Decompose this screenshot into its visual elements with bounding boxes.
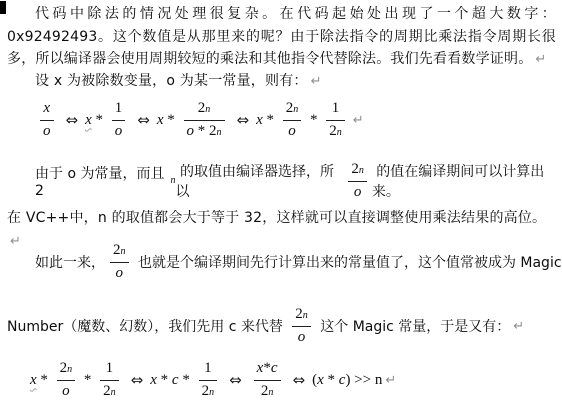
math-variable: o: [187, 123, 195, 140]
math-variable: o: [115, 123, 123, 140]
math-variable: o: [288, 123, 296, 140]
fraction-bar: [199, 380, 218, 381]
text-run: 的取值由编译器选择，所以: [176, 161, 344, 201]
math-operand: 2: [261, 383, 269, 400]
superscript-n: n: [293, 105, 298, 115]
text-run: 由于 o 为常量，而且 2: [35, 163, 171, 199]
superscript-n: n: [217, 128, 222, 138]
math-variable: c: [271, 360, 278, 377]
fraction-bar: [100, 380, 119, 381]
fraction: 2no * 2n: [184, 100, 225, 140]
superscript-n: n: [205, 105, 210, 115]
text-run: 也就是个编译期间先行计算出来的常量值了，这个值常被成为 Magic: [134, 252, 562, 272]
paragraph-constant-line1: 由于 o 为常量，而且 2n 的取值由编译器选择，所以 2no 的值在编译期间可…: [35, 157, 562, 205]
math-operand: 2: [202, 383, 210, 400]
fraction: 2no: [292, 306, 311, 346]
paragraph-setup: 设 x 为被除数变量，o 为某一常量，则有：↵: [7, 70, 556, 94]
math-variable: o: [116, 265, 124, 282]
paragraph-mark-icon: ↵: [513, 319, 524, 334]
math-variable: c: [172, 372, 179, 389]
text-run: 设 x 为被除数变量，o 为某一常量，则有：: [35, 73, 308, 89]
text-run: 在 VC++中，n 的取值都会大于等于 32，这样就可以直接调整使用乘法结果的高…: [7, 210, 546, 226]
superscript-n: n: [209, 388, 214, 398]
math-variable: x: [85, 112, 92, 129]
text-run: 这个 Magic 常量，于是又有：: [316, 316, 511, 336]
math-operand: ) >> n: [345, 372, 382, 389]
math-operand: *: [164, 112, 179, 129]
paragraph-intro: 代码中除法的情况处理很复杂。在代码起始处出现了一个超大数字：0x92492493…: [7, 3, 556, 72]
math-operand: *: [92, 112, 107, 129]
math-operand: *: [263, 112, 278, 129]
paragraph-mark-icon: ↵: [311, 74, 322, 89]
math-operand: 1: [204, 360, 212, 377]
fraction: 2no: [57, 360, 76, 400]
math-operand: 2: [329, 123, 337, 140]
math-variable: x: [257, 360, 264, 377]
paragraph-magic-line1: 如此一来，2no 也就是个编译期间先行计算出来的常量值了，这个值常被成为 Mag…: [35, 238, 562, 286]
superscript-n: n: [303, 311, 308, 321]
fraction: 12n: [199, 360, 218, 400]
fraction: 2no: [283, 100, 302, 140]
math-operand: 2: [60, 360, 68, 377]
fraction: x*c2n: [254, 360, 281, 400]
paragraph-mark-icon: ↵: [385, 373, 396, 388]
fraction: 2no: [110, 242, 129, 282]
superscript-n: n: [121, 247, 126, 257]
equivalence-arrow-icon: ⇔: [66, 111, 79, 129]
math-variable: o: [62, 383, 70, 400]
formula-magic-shift: x * 2no * 12n⇔x * c * 12n⇔x*c2n⇔(x * c) …: [30, 356, 396, 404]
math-operand: *: [263, 360, 271, 377]
fraction: 12n: [100, 360, 119, 400]
cropped-table-handle-artifact: [0, 1, 6, 14]
paragraph-magic-line2: Number（魔数、幻数），我们先用 c 来代替 2no 这个 Magic 常量…: [7, 302, 524, 350]
superscript-n: n: [67, 365, 72, 375]
fraction: 1o: [112, 100, 126, 140]
math-operand: *: [80, 372, 95, 389]
math-operand: 2: [295, 306, 303, 323]
math-variable: c: [339, 372, 346, 389]
fraction: xo: [40, 100, 54, 140]
fraction-bar: [57, 380, 76, 381]
math-variable: x: [317, 372, 324, 389]
superscript-n: n: [359, 166, 364, 176]
superscript-n: n: [111, 388, 116, 398]
math-variable: x: [150, 372, 157, 389]
math-operand: *: [306, 112, 321, 129]
fraction-bar: [184, 120, 225, 121]
math-operand: 2: [286, 100, 294, 117]
fraction: 2no: [348, 161, 367, 201]
paragraph-mark-icon: ↵: [535, 52, 546, 67]
math-operand: 2: [351, 161, 359, 178]
fraction-bar: [254, 380, 281, 381]
math-operand: 1: [106, 360, 114, 377]
fraction: 12n: [326, 100, 345, 140]
fraction-bar: [326, 120, 345, 121]
equivalence-arrow-icon: ⇔: [131, 371, 144, 389]
math-variable: o: [354, 184, 362, 201]
formula-division-equivalence: xo⇔x * 1o⇔x * 2no * 2n⇔x * 2no * 12n↵: [35, 96, 364, 144]
document-page: 代码中除法的情况处理很复杂。在代码起始处出现了一个超大数字：0x92492493…: [0, 0, 562, 407]
math-variable: o: [43, 123, 51, 140]
math-variable: x: [256, 112, 263, 129]
equivalence-arrow-icon: ⇔: [237, 111, 250, 129]
fraction-bar: [112, 120, 126, 121]
text-run: 的值在编译期间可以计算出来。: [372, 161, 562, 201]
superscript-n: n: [337, 128, 342, 138]
paragraph-mark-icon: ↵: [353, 113, 364, 128]
superscript-n: n: [268, 388, 273, 398]
math-operand: 2: [198, 100, 206, 117]
math-operand: *: [157, 372, 172, 389]
equivalence-arrow-icon: ⇔: [137, 111, 150, 129]
math-operand: 2: [103, 383, 111, 400]
math-variable: o: [298, 329, 306, 346]
math-variable: x: [30, 372, 37, 389]
text-run: 代码中除法的情况处理很复杂。在代码起始处出现了一个超大数字：0x92492493…: [7, 6, 556, 67]
math-operand: 2: [113, 242, 121, 259]
math-operand: *: [37, 372, 52, 389]
equivalence-arrow-icon: ⇔: [293, 371, 306, 389]
paragraph-mark-icon: ↵: [10, 234, 21, 249]
fraction-bar: [348, 181, 367, 182]
fraction-bar: [110, 262, 129, 263]
math-operand: *: [324, 372, 339, 389]
equivalence-arrow-icon: ⇔: [229, 371, 242, 389]
math-variable: x: [43, 100, 50, 117]
math-operand: 1: [332, 100, 340, 117]
math-operand: 1: [115, 100, 123, 117]
math-variable: x: [157, 112, 164, 129]
text-run: 如此一来，: [35, 252, 105, 272]
fraction-bar: [40, 120, 54, 121]
text-run: Number（魔数、幻数），我们先用 c 来代替: [7, 316, 287, 336]
fraction-bar: [292, 326, 311, 327]
math-operand: *: [179, 372, 194, 389]
fraction-bar: [283, 120, 302, 121]
math-operand: * 2: [194, 123, 217, 140]
